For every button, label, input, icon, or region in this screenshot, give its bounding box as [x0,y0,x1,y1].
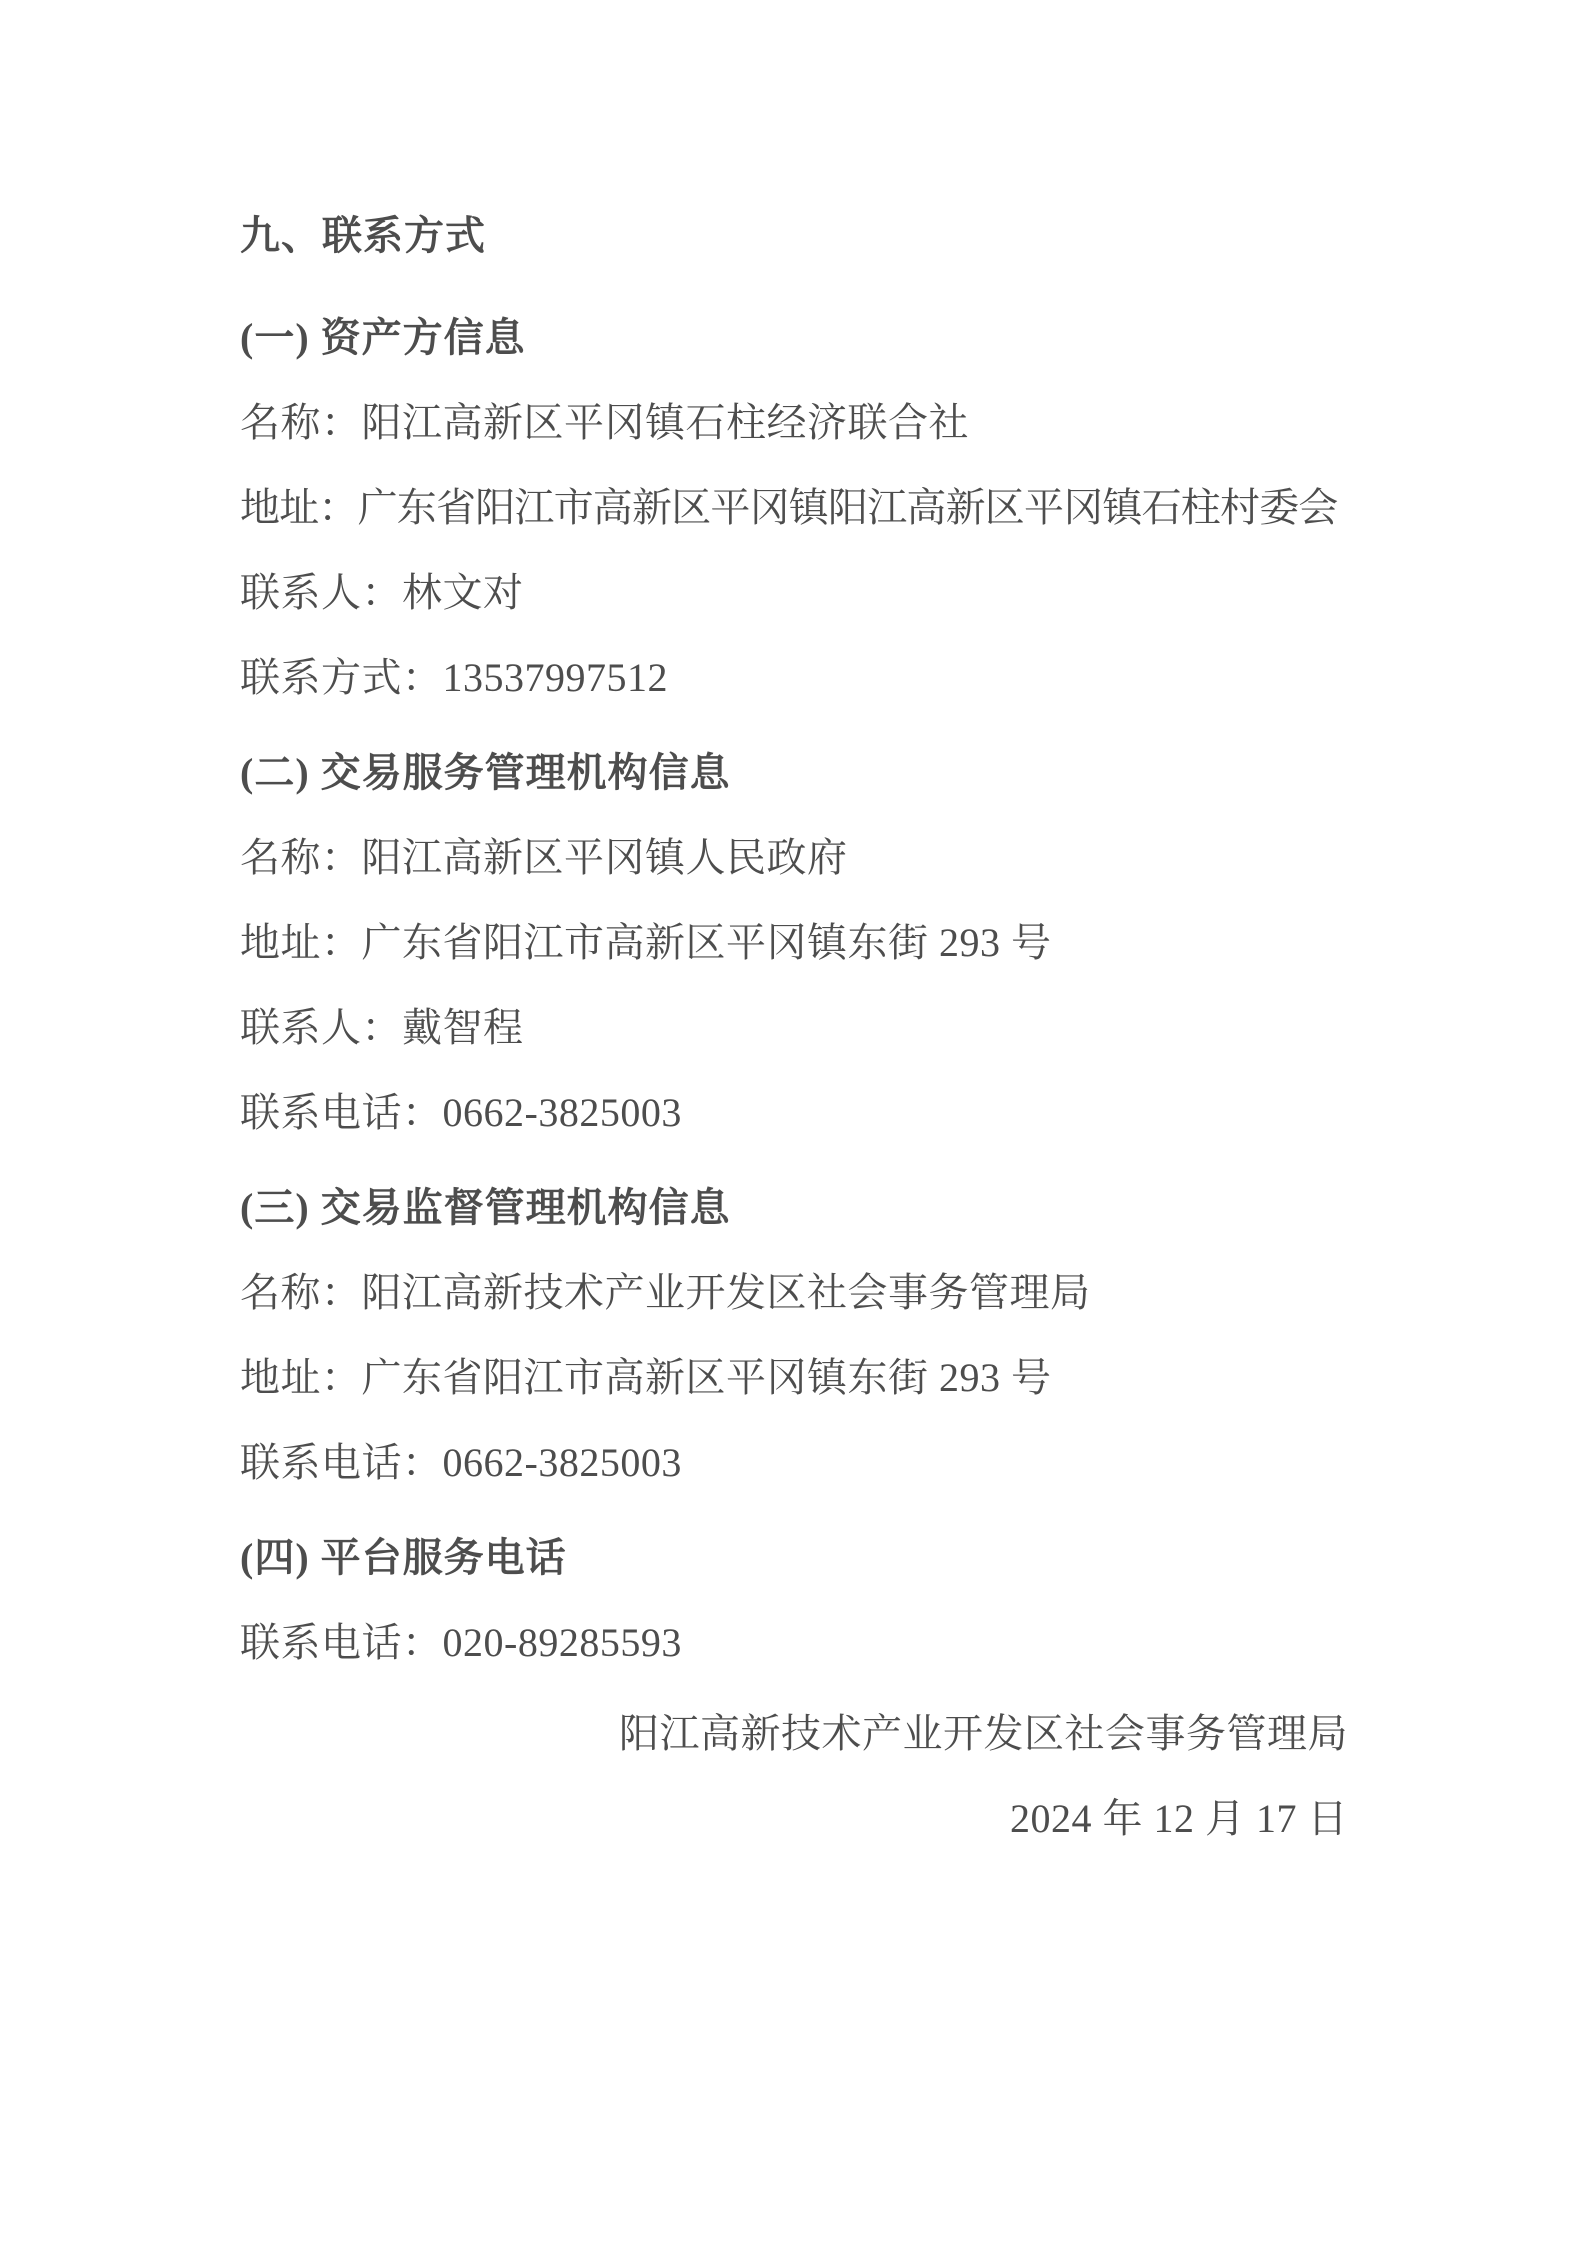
document-content: 九、联系方式 (一) 资产方信息 名称：阳江高新区平冈镇石柱经济联合社 地址：广… [240,193,1348,1861]
contact-line-address: 地址：广东省阳江市高新区平冈镇东街 293 号 [240,900,1348,985]
document-page: 九、联系方式 (一) 资产方信息 名称：阳江高新区平冈镇石柱经济联合社 地址：广… [0,0,1588,2245]
date-line: 2024 年 12 月 17 日 [240,1776,1348,1861]
contact-line-address: 地址：广东省阳江市高新区平冈镇阳江高新区平冈镇石柱村委会 [240,465,1348,550]
contact-line-name: 名称：阳江高新区平冈镇人民政府 [240,815,1348,900]
section-heading: 九、联系方式 [240,193,1348,278]
contact-line-person: 联系人：戴智程 [240,985,1348,1070]
contact-line-name: 名称：阳江高新技术产业开发区社会事务管理局 [240,1250,1348,1335]
subsection-title-trade-service-org: (二) 交易服务管理机构信息 [240,730,1348,815]
contact-line-phone: 联系方式：13537997512 [240,635,1348,720]
contact-line-phone: 联系电话：0662-3825003 [240,1420,1348,1505]
subsection-title-asset-party: (一) 资产方信息 [240,295,1348,380]
subsection-title-trade-supervision-org: (三) 交易监督管理机构信息 [240,1165,1348,1250]
contact-line-name: 名称：阳江高新区平冈镇石柱经济联合社 [240,380,1348,465]
signature-line: 阳江高新技术产业开发区社会事务管理局 [240,1691,1348,1776]
subsection-title-platform-service-phone: (四) 平台服务电话 [240,1515,1348,1600]
contact-line-phone: 联系电话：020-89285593 [240,1600,1348,1685]
contact-line-phone: 联系电话：0662-3825003 [240,1070,1348,1155]
contact-line-person: 联系人：林文对 [240,550,1348,635]
contact-line-address: 地址：广东省阳江市高新区平冈镇东街 293 号 [240,1335,1348,1420]
